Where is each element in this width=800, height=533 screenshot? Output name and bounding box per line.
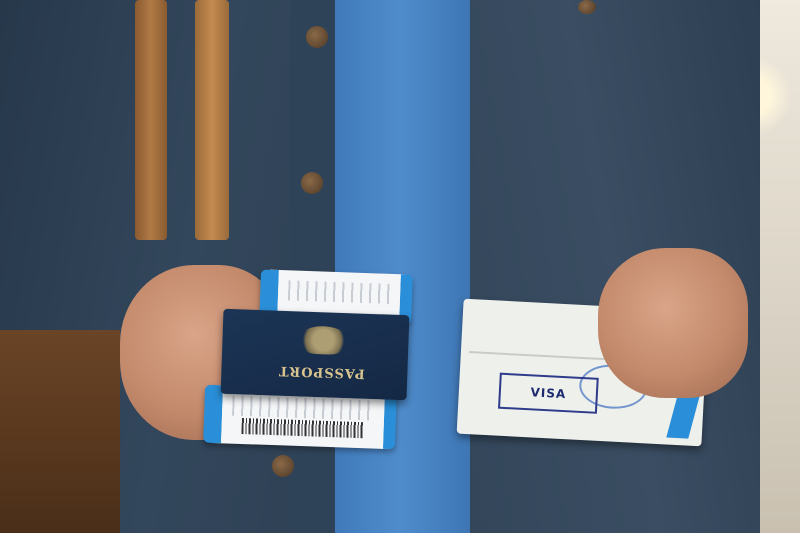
jacket-button <box>272 455 294 477</box>
pocket-button <box>578 0 596 14</box>
passport-closed: PASSPORT <box>221 309 410 400</box>
blue-shirt <box>330 0 470 533</box>
barcode <box>241 418 363 438</box>
visa-stamp: VISA <box>498 373 599 414</box>
passport-cover-title: PASSPORT <box>251 362 391 382</box>
jacket-placket <box>290 0 335 533</box>
ticket-text-lines <box>288 280 391 304</box>
right-hand <box>598 248 748 398</box>
jacket-button <box>306 26 328 48</box>
jacket-button <box>301 172 323 194</box>
ticket-text-lines <box>232 396 375 421</box>
photo-scene: PASSPORT VISA <box>0 0 800 533</box>
backpack-strap <box>135 0 167 240</box>
backpack <box>0 330 120 533</box>
eagle-emblem-icon <box>297 325 350 355</box>
backpack-strap <box>195 0 229 240</box>
